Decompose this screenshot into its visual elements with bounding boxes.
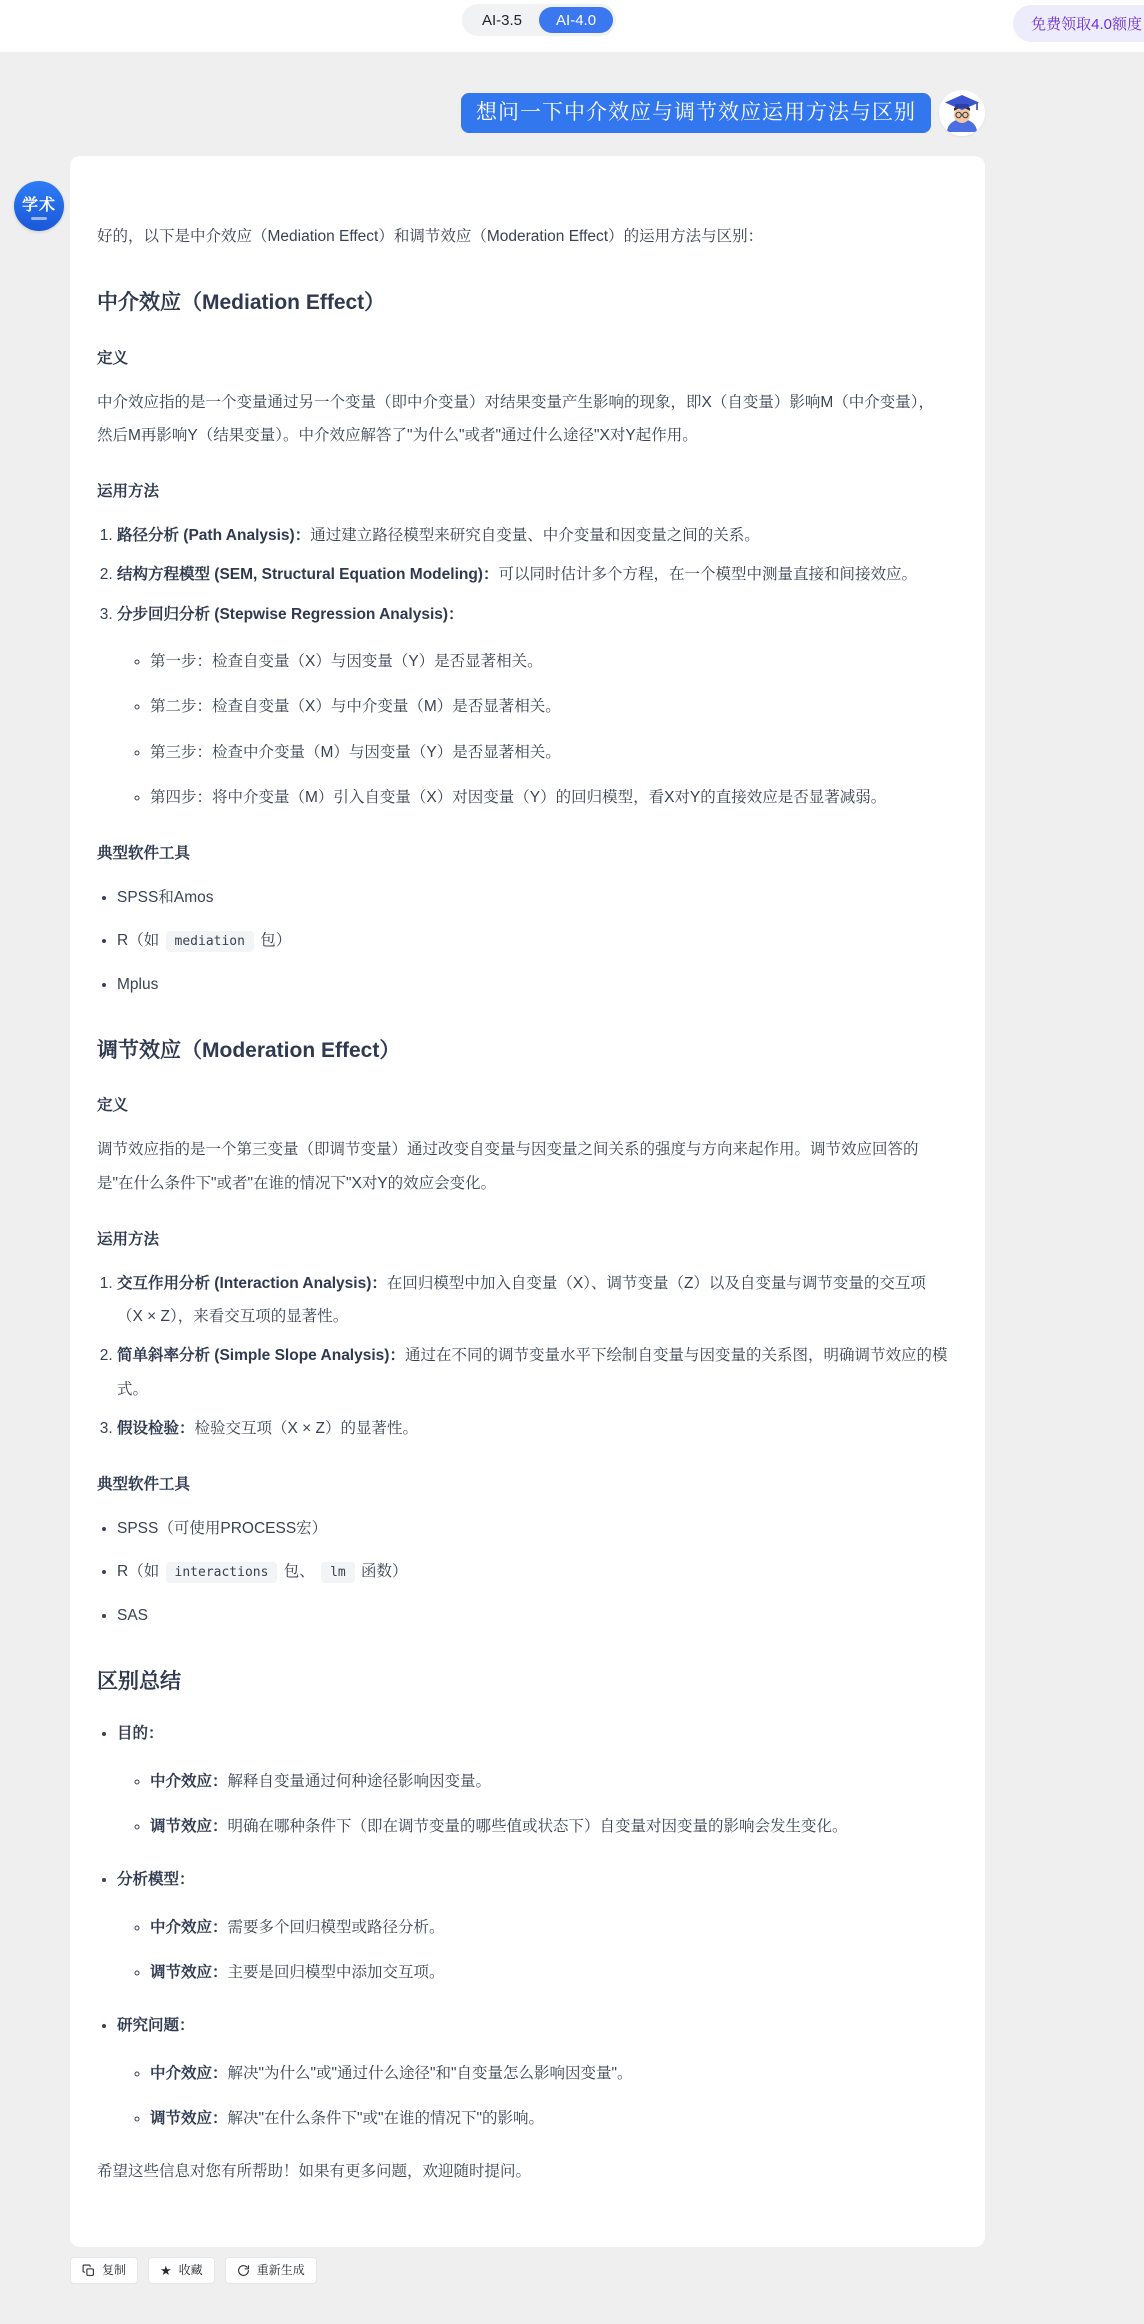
moderation-tools-list: SPSS（可使用PROCESS宏） R（如 interactions 包、 lm…: [97, 1512, 949, 1632]
summary-sublist: 中介效应：需要多个回归模型或路径分析。 调节效应：主要是回归模型中添加交互项。: [117, 1911, 949, 1990]
summary-item-label: 中介效应：: [150, 1919, 228, 1936]
summary-group-label: 分析模型：: [117, 1871, 195, 1888]
user-avatar: [939, 90, 985, 136]
user-message-bubble: 想问一下中介效应与调节效应运用方法与区别: [461, 93, 931, 133]
copy-icon: [82, 2264, 95, 2277]
tool-text: SPSS和Amos: [117, 889, 213, 906]
tool-text: 函数）: [357, 1563, 408, 1580]
top-bar: AI-3.5 AI-4.0 免费领取4.0额度: [0, 0, 1144, 52]
summary-group-label: 目的：: [117, 1725, 164, 1742]
list-item: 分步回归分析 (Stepwise Regression Analysis)： 第…: [117, 598, 949, 815]
summary-item-label: 调节效应：: [150, 1964, 228, 1981]
summary-item-text: 明确在哪种条件下（即在调节变量的哪些值或状态下）自变量对因变量的影响会发生变化。: [228, 1818, 848, 1835]
assistant-avatar-label: 学术: [22, 192, 56, 215]
list-item: 中介效应：需要多个回归模型或路径分析。: [150, 1911, 949, 1944]
promo-banner[interactable]: 免费领取4.0额度: [1013, 5, 1144, 42]
answer-card: 好的，以下是中介效应（Mediation Effect）和调节效应（Modera…: [70, 156, 985, 2247]
star-icon: ★: [160, 2264, 172, 2277]
stepwise-steps-list: 第一步：检查自变量（X）与因变量（Y）是否显著相关。 第二步：检查自变量（X）与…: [117, 645, 949, 814]
tool-text: SPSS（可使用PROCESS宏）: [117, 1520, 327, 1537]
list-item: 第二步：检查自变量（X）与中介变量（M）是否显著相关。: [150, 690, 949, 723]
mediation-methods-list: 路径分析 (Path Analysis)：通过建立路径模型来研究自变量、中介变量…: [97, 519, 949, 814]
list-item: R（如 mediation 包）: [117, 924, 949, 957]
summary-item-text: 解决"为什么"或"通过什么途径"和"自变量怎么影响因变量"。: [228, 2065, 633, 2082]
method-label: 简单斜率分析 (Simple Slope Analysis)：: [117, 1347, 405, 1364]
list-item: 简单斜率分析 (Simple Slope Analysis)：通过在不同的调节变…: [117, 1339, 949, 1406]
favorite-label: 收藏: [179, 2264, 203, 2276]
list-item: 假设检验：检验交互项（X × Z）的显著性。: [117, 1412, 949, 1445]
regenerate-label: 重新生成: [257, 2264, 305, 2276]
mediation-def-heading: 定义: [97, 347, 949, 372]
inline-code: lm: [321, 1562, 355, 1583]
method-text: 通过建立路径模型来研究自变量、中介变量和因变量之间的关系。: [310, 527, 760, 544]
inline-code: interactions: [166, 1562, 278, 1583]
method-label: 分步回归分析 (Stepwise Regression Analysis)：: [117, 606, 464, 623]
method-text: 检验交互项（X × Z）的显著性。: [195, 1420, 418, 1437]
moderation-definition: 调节效应指的是一个第三变量（即调节变量）通过改变自变量与因变量之间关系的强度与方…: [97, 1133, 949, 1200]
mediation-tools-list: SPSS和Amos R（如 mediation 包） Mplus: [97, 881, 949, 1001]
method-label: 交互作用分析 (Interaction Analysis)：: [117, 1275, 387, 1292]
list-item: 交互作用分析 (Interaction Analysis)：在回归模型中加入自变…: [117, 1267, 949, 1334]
method-label: 假设检验：: [117, 1420, 195, 1437]
tool-text: R（如: [117, 932, 164, 949]
regenerate-button[interactable]: 重新生成: [225, 2257, 317, 2284]
list-item: 第一步：检查自变量（X）与因变量（Y）是否显著相关。: [150, 645, 949, 678]
copy-button[interactable]: 复制: [70, 2257, 138, 2284]
closing-paragraph: 希望这些信息对您有所帮助！如果有更多问题，欢迎随时提问。: [97, 2155, 949, 2188]
user-message-row: 想问一下中介效应与调节效应运用方法与区别: [70, 93, 985, 136]
copy-label: 复制: [102, 2264, 126, 2276]
model-toggle: AI-3.5 AI-4.0: [462, 4, 616, 36]
tool-text: SAS: [117, 1607, 148, 1624]
tab-ai-3-5[interactable]: AI-3.5: [465, 7, 539, 33]
list-item: R（如 interactions 包、 lm 函数）: [117, 1555, 949, 1588]
refresh-icon: [237, 2264, 250, 2277]
list-item: SPSS（可使用PROCESS宏）: [117, 1512, 949, 1545]
summary-item-text: 需要多个回归模型或路径分析。: [228, 1919, 445, 1936]
list-item: SAS: [117, 1599, 949, 1632]
method-label: 结构方程模型 (SEM, Structural Equation Modelin…: [117, 566, 498, 583]
list-item: 第四步：将中介变量（M）引入自变量（X）对因变量（Y）的回归模型，看X对Y的直接…: [150, 781, 949, 814]
message-actions: 复制 ★ 收藏 重新生成: [70, 2257, 1144, 2284]
summary-group-label: 研究问题：: [117, 2017, 195, 2034]
summary-item-label: 调节效应：: [150, 2110, 228, 2127]
mediation-title: 中介效应（Mediation Effect）: [97, 287, 949, 319]
moderation-def-heading: 定义: [97, 1094, 949, 1119]
summary-item-label: 中介效应：: [150, 2065, 228, 2082]
summary-item-text: 解决"在什么条件下"或"在谁的情况下"的影响。: [228, 2110, 545, 2127]
tool-text: Mplus: [117, 976, 158, 993]
page: AI-3.5 AI-4.0 免费领取4.0额度 想问一下中介效应与调节效应运用方…: [0, 0, 1144, 2324]
tool-text: 包、: [279, 1563, 319, 1580]
summary-sublist: 中介效应：解释自变量通过何种途径影响因变量。 调节效应：明确在哪种条件下（即在调…: [117, 1765, 949, 1844]
summary-item-text: 解释自变量通过何种途径影响因变量。: [228, 1773, 492, 1790]
list-item: 目的： 中介效应：解释自变量通过何种途径影响因变量。 调节效应：明确在哪种条件下…: [117, 1717, 949, 1843]
summary-item-text: 主要是回归模型中添加交互项。: [228, 1964, 445, 1981]
graduate-student-icon: [939, 90, 985, 136]
favorite-button[interactable]: ★ 收藏: [148, 2257, 215, 2284]
list-item: 分析模型： 中介效应：需要多个回归模型或路径分析。 调节效应：主要是回归模型中添…: [117, 1863, 949, 1989]
summary-item-label: 中介效应：: [150, 1773, 228, 1790]
moderation-title: 调节效应（Moderation Effect）: [97, 1035, 949, 1067]
list-item: 结构方程模型 (SEM, Structural Equation Modelin…: [117, 558, 949, 591]
summary-item-label: 调节效应：: [150, 1818, 228, 1835]
summary-sublist: 中介效应：解决"为什么"或"通过什么途径"和"自变量怎么影响因变量"。 调节效应…: [117, 2057, 949, 2136]
assistant-avatar-subtext: [31, 217, 47, 220]
list-item: 第三步：检查中介变量（M）与因变量（Y）是否显著相关。: [150, 736, 949, 769]
intro-paragraph: 好的，以下是中介效应（Mediation Effect）和调节效应（Modera…: [97, 220, 949, 253]
assistant-message-row: 学术 好的，以下是中介效应（Mediation Effect）和调节效应（Mod…: [14, 156, 1144, 2247]
list-item: 调节效应：主要是回归模型中添加交互项。: [150, 1956, 949, 1989]
list-item: 中介效应：解释自变量通过何种途径影响因变量。: [150, 1765, 949, 1798]
list-item: SPSS和Amos: [117, 881, 949, 914]
summary-title: 区别总结: [97, 1666, 949, 1698]
list-item: 研究问题： 中介效应：解决"为什么"或"通过什么途径"和"自变量怎么影响因变量"…: [117, 2009, 949, 2135]
list-item: 调节效应：解决"在什么条件下"或"在谁的情况下"的影响。: [150, 2102, 949, 2135]
tab-ai-4-0[interactable]: AI-4.0: [539, 7, 613, 33]
summary-list: 目的： 中介效应：解释自变量通过何种途径影响因变量。 调节效应：明确在哪种条件下…: [97, 1717, 949, 2135]
inline-code: mediation: [166, 931, 254, 952]
mediation-definition: 中介效应指的是一个变量通过另一个变量（即中介变量）对结果变量产生影响的现象，即X…: [97, 386, 949, 453]
tool-text: 包）: [256, 932, 291, 949]
list-item: 中介效应：解决"为什么"或"通过什么途径"和"自变量怎么影响因变量"。: [150, 2057, 949, 2090]
list-item: Mplus: [117, 968, 949, 1001]
assistant-avatar: 学术: [14, 181, 64, 231]
mediation-tools-heading: 典型软件工具: [97, 842, 949, 867]
method-label: 路径分析 (Path Analysis)：: [117, 527, 310, 544]
moderation-methods-list: 交互作用分析 (Interaction Analysis)：在回归模型中加入自变…: [97, 1267, 949, 1446]
tool-text: R（如: [117, 1563, 164, 1580]
list-item: 路径分析 (Path Analysis)：通过建立路径模型来研究自变量、中介变量…: [117, 519, 949, 552]
mediation-methods-heading: 运用方法: [97, 480, 949, 505]
method-text: 可以同时估计多个方程，在一个模型中测量直接和间接效应。: [498, 566, 917, 583]
list-item: 调节效应：明确在哪种条件下（即在调节变量的哪些值或状态下）自变量对因变量的影响会…: [150, 1810, 949, 1843]
chat-area: 想问一下中介效应与调节效应运用方法与区别: [0, 52, 1144, 2324]
moderation-methods-heading: 运用方法: [97, 1228, 949, 1253]
moderation-tools-heading: 典型软件工具: [97, 1473, 949, 1498]
